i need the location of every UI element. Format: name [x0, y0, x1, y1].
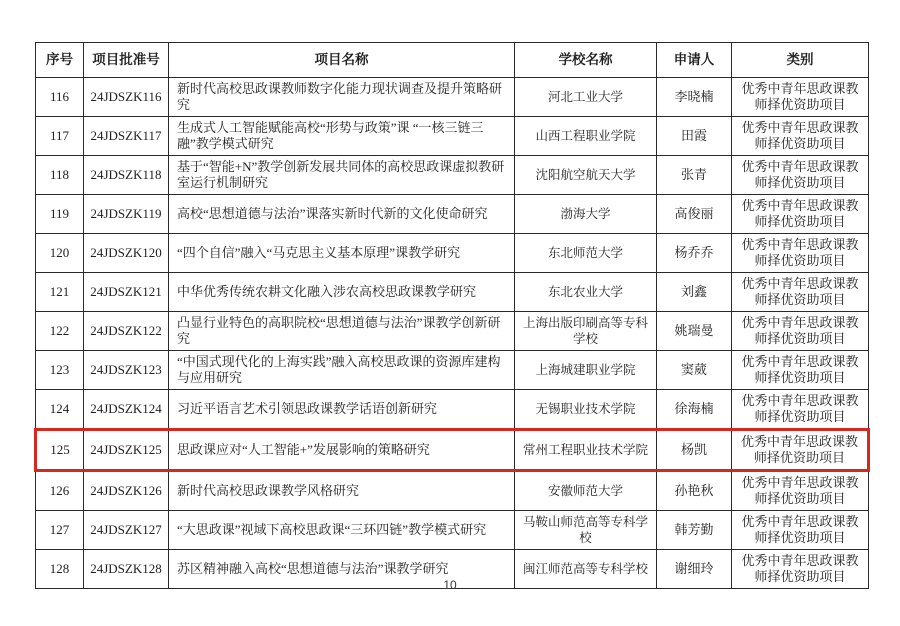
document-page: 序号 项目批准号 项目名称 学校名称 申请人 类别 116 24JDSZK116…: [0, 0, 900, 626]
cell-serial-number: 120: [36, 234, 84, 273]
cell-project-name: 基于“智能+N”教学创新发展共同体的高校思政课虚拟教研室运行机制研究: [169, 156, 515, 195]
cell-project-name: “四个自信”融入“马克思主义基本原理”课教学研究: [169, 234, 515, 273]
cell-category: 优秀中青年思政课教师择优资助项目: [732, 234, 869, 273]
cell-school-name: 山西工程职业学院: [515, 117, 657, 156]
cell-serial-number: 126: [36, 471, 84, 511]
table-row: 116 24JDSZK116 新时代高校思政课教师数字化能力现状调查及提升策略研…: [36, 78, 869, 117]
cell-category: 优秀中青年思政课教师择优资助项目: [732, 195, 869, 234]
cell-project-name: 思政课应对“人工智能+”发展影响的策略研究: [169, 430, 515, 471]
cell-school-name: 马鞍山师范高等专科学校: [515, 511, 657, 550]
cell-project-name: 中华优秀传统农耕文化融入涉农高校思政课教学研究: [169, 273, 515, 312]
cell-serial-number: 124: [36, 390, 84, 430]
cell-applicant: 孙艳秋: [657, 471, 732, 511]
table-row: 118 24JDSZK118 基于“智能+N”教学创新发展共同体的高校思政课虚拟…: [36, 156, 869, 195]
cell-serial-number: 117: [36, 117, 84, 156]
cell-category: 优秀中青年思政课教师择优资助项目: [732, 351, 869, 390]
cell-project-name: 高校“思想道德与法治”课落实新时代新的文化使命研究: [169, 195, 515, 234]
cell-applicant: 徐海楠: [657, 390, 732, 430]
cell-project-name: “大思政课”视域下高校思政课“三环四链”教学模式研究: [169, 511, 515, 550]
table-header-row: 序号 项目批准号 项目名称 学校名称 申请人 类别: [36, 43, 869, 78]
cell-serial-number: 125: [36, 430, 84, 471]
cell-project-name: “中国式现代化的上海实践”融入高校思政课的资源库建构与应用研究: [169, 351, 515, 390]
cell-applicant: 高俊丽: [657, 195, 732, 234]
page-number: 10: [0, 578, 900, 592]
cell-approval-number: 24JDSZK120: [84, 234, 169, 273]
table-row: 123 24JDSZK123 “中国式现代化的上海实践”融入高校思政课的资源库建…: [36, 351, 869, 390]
cell-project-name: 凸显行业特色的高职院校“思想道德与法治”课教学创新研究: [169, 312, 515, 351]
cell-serial-number: 127: [36, 511, 84, 550]
header-school-name: 学校名称: [515, 43, 657, 78]
cell-category: 优秀中青年思政课教师择优资助项目: [732, 156, 869, 195]
header-serial-number: 序号: [36, 43, 84, 78]
table-row: 122 24JDSZK122 凸显行业特色的高职院校“思想道德与法治”课教学创新…: [36, 312, 869, 351]
cell-project-name: 新时代高校思政课教师数字化能力现状调查及提升策略研究: [169, 78, 515, 117]
cell-approval-number: 24JDSZK123: [84, 351, 169, 390]
cell-approval-number: 24JDSZK125: [84, 430, 169, 471]
table-row: 126 24JDSZK126 新时代高校思政课教学风格研究 安徽师范大学 孙艳秋…: [36, 471, 869, 511]
header-category: 类别: [732, 43, 869, 78]
table-row: 121 24JDSZK121 中华优秀传统农耕文化融入涉农高校思政课教学研究 东…: [36, 273, 869, 312]
cell-approval-number: 24JDSZK124: [84, 390, 169, 430]
cell-serial-number: 116: [36, 78, 84, 117]
table-body: 116 24JDSZK116 新时代高校思政课教师数字化能力现状调查及提升策略研…: [36, 78, 869, 589]
cell-approval-number: 24JDSZK116: [84, 78, 169, 117]
cell-serial-number: 119: [36, 195, 84, 234]
cell-applicant: 窦葳: [657, 351, 732, 390]
cell-school-name: 上海出版印刷高等专科学校: [515, 312, 657, 351]
cell-school-name: 河北工业大学: [515, 78, 657, 117]
header-applicant: 申请人: [657, 43, 732, 78]
cell-serial-number: 122: [36, 312, 84, 351]
cell-applicant: 杨凯: [657, 430, 732, 471]
cell-approval-number: 24JDSZK119: [84, 195, 169, 234]
cell-category: 优秀中青年思政课教师择优资助项目: [732, 390, 869, 430]
cell-category: 优秀中青年思政课教师择优资助项目: [732, 312, 869, 351]
projects-table: 序号 项目批准号 项目名称 学校名称 申请人 类别 116 24JDSZK116…: [34, 42, 870, 589]
cell-school-name: 无锡职业技术学院: [515, 390, 657, 430]
cell-category: 优秀中青年思政课教师择优资助项目: [732, 430, 869, 471]
cell-applicant: 姚瑞曼: [657, 312, 732, 351]
cell-applicant: 杨乔乔: [657, 234, 732, 273]
cell-approval-number: 24JDSZK118: [84, 156, 169, 195]
table-row: 124 24JDSZK124 习近平语言艺术引领思政课教学话语创新研究 无锡职业…: [36, 390, 869, 430]
cell-category: 优秀中青年思政课教师择优资助项目: [732, 117, 869, 156]
cell-school-name: 东北农业大学: [515, 273, 657, 312]
header-approval-number: 项目批准号: [84, 43, 169, 78]
cell-serial-number: 121: [36, 273, 84, 312]
cell-approval-number: 24JDSZK121: [84, 273, 169, 312]
cell-category: 优秀中青年思政课教师择优资助项目: [732, 273, 869, 312]
cell-serial-number: 118: [36, 156, 84, 195]
cell-school-name: 常州工程职业技术学院: [515, 430, 657, 471]
cell-approval-number: 24JDSZK117: [84, 117, 169, 156]
cell-school-name: 安徽师范大学: [515, 471, 657, 511]
cell-applicant: 刘鑫: [657, 273, 732, 312]
table-row: 117 24JDSZK117 生成式人工智能赋能高校“形势与政策”课 “一核三链…: [36, 117, 869, 156]
cell-applicant: 田霞: [657, 117, 732, 156]
table-row-highlighted: 125 24JDSZK125 思政课应对“人工智能+”发展影响的策略研究 常州工…: [36, 430, 869, 471]
cell-category: 优秀中青年思政课教师择优资助项目: [732, 511, 869, 550]
cell-project-name: 生成式人工智能赋能高校“形势与政策”课 “一核三链三融”教学模式研究: [169, 117, 515, 156]
cell-approval-number: 24JDSZK127: [84, 511, 169, 550]
cell-project-name: 新时代高校思政课教学风格研究: [169, 471, 515, 511]
table-row: 119 24JDSZK119 高校“思想道德与法治”课落实新时代新的文化使命研究…: [36, 195, 869, 234]
cell-applicant: 韩芳勤: [657, 511, 732, 550]
header-project-name: 项目名称: [169, 43, 515, 78]
table-row: 120 24JDSZK120 “四个自信”融入“马克思主义基本原理”课教学研究 …: [36, 234, 869, 273]
cell-applicant: 李晓楠: [657, 78, 732, 117]
cell-school-name: 沈阳航空航天大学: [515, 156, 657, 195]
cell-category: 优秀中青年思政课教师择优资助项目: [732, 471, 869, 511]
cell-school-name: 上海城建职业学院: [515, 351, 657, 390]
cell-project-name: 习近平语言艺术引领思政课教学话语创新研究: [169, 390, 515, 430]
cell-applicant: 张青: [657, 156, 732, 195]
cell-approval-number: 24JDSZK122: [84, 312, 169, 351]
cell-serial-number: 123: [36, 351, 84, 390]
cell-category: 优秀中青年思政课教师择优资助项目: [732, 78, 869, 117]
cell-school-name: 东北师范大学: [515, 234, 657, 273]
cell-approval-number: 24JDSZK126: [84, 471, 169, 511]
cell-school-name: 渤海大学: [515, 195, 657, 234]
table-row: 127 24JDSZK127 “大思政课”视域下高校思政课“三环四链”教学模式研…: [36, 511, 869, 550]
